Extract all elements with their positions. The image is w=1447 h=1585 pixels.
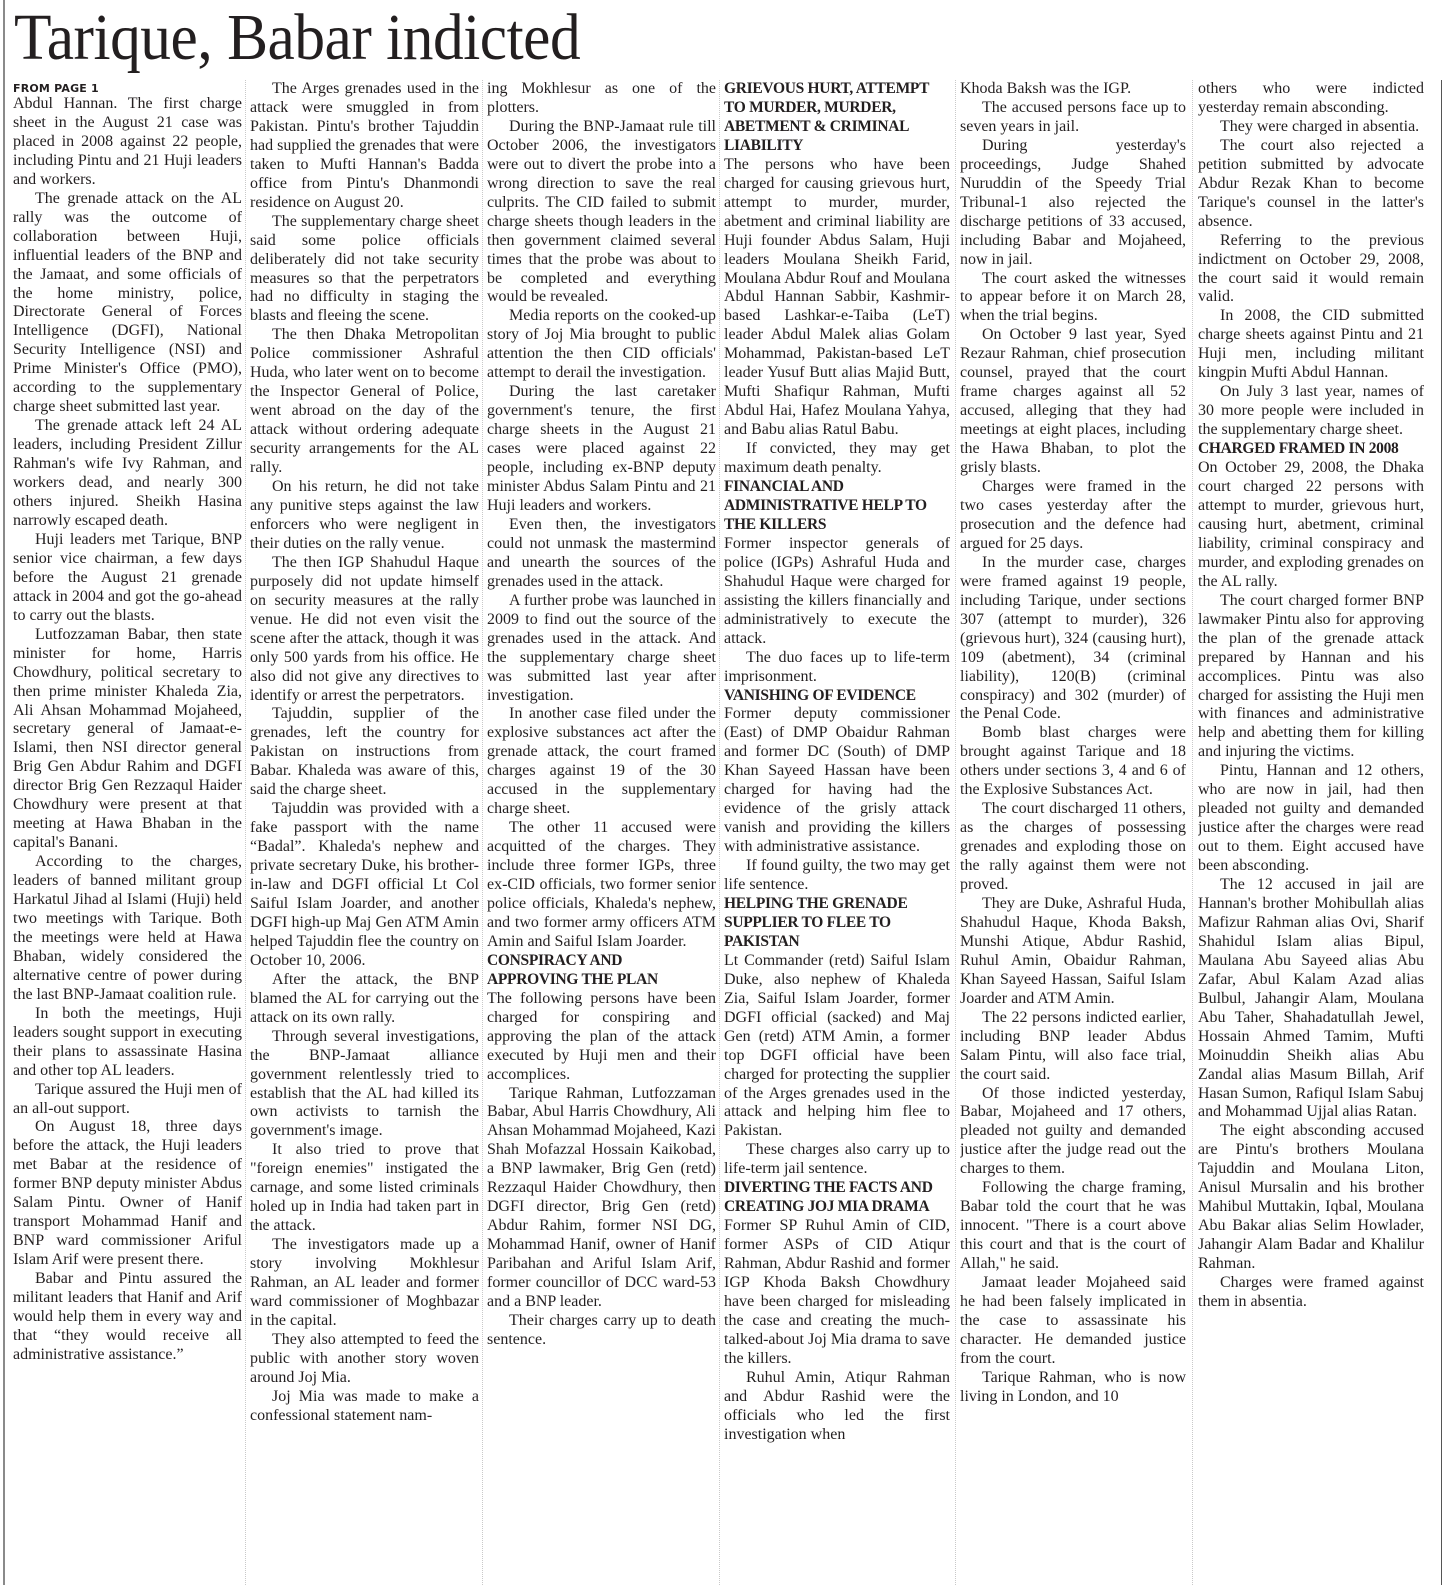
- body-paragraph: The then IGP Shahudul Haque purposely di…: [250, 554, 479, 706]
- body-paragraph: others who were indicted yesterday remai…: [1198, 80, 1424, 118]
- article-column-6: others who were indicted yesterday remai…: [1198, 80, 1424, 1585]
- body-paragraph: The court charged former BNP lawmaker Pi…: [1198, 592, 1424, 763]
- page-left-rule: [3, 0, 5, 1585]
- body-paragraph: The grenade attack left 24 AL leaders, i…: [13, 417, 242, 531]
- body-paragraph: Tajuddin was provided with a fake passpo…: [250, 800, 479, 971]
- body-paragraph: Of those indicted yesterday, Babar, Moja…: [960, 1085, 1186, 1180]
- headline: Tarique, Babar indicted: [14, 0, 580, 82]
- article-column-3: ing Mokhlesur as one of the plotters.Dur…: [487, 80, 716, 1585]
- body-paragraph: The investigators made up a story involv…: [250, 1236, 479, 1331]
- article-column-1: FROM PAGE 1 Abdul Hannan. The first char…: [13, 80, 242, 1585]
- column-divider: [955, 80, 956, 1585]
- body-paragraph: It also tried to prove that "foreign ene…: [250, 1141, 479, 1236]
- body-paragraph: Former inspector generals of police (IGP…: [724, 535, 950, 649]
- body-paragraph: In both the meetings, Huji leaders sough…: [13, 1005, 242, 1081]
- body-paragraph: According to the charges, leaders of ban…: [13, 853, 242, 1005]
- column-divider: [719, 80, 720, 1585]
- body-paragraph: Joj Mia was made to make a confessional …: [250, 1388, 479, 1426]
- section-subhead: CONSPIRACY AND APPROVING THE PLAN: [487, 952, 716, 990]
- body-paragraph: The other 11 accused were acquitted of t…: [487, 819, 716, 952]
- body-paragraph: The grenade attack on the AL rally was t…: [13, 190, 242, 417]
- body-paragraph: In another case filed under the explosiv…: [487, 705, 716, 819]
- body-paragraph: The duo faces up to life-term imprisonme…: [724, 649, 950, 687]
- body-paragraph: On July 3 last year, names of 30 more pe…: [1198, 383, 1424, 440]
- article-column-5: Khoda Baksh was the IGP.The accused pers…: [960, 80, 1186, 1585]
- body-paragraph: Babar and Pintu assured the militant lea…: [13, 1270, 242, 1365]
- body-paragraph: Charges were framed against them in abse…: [1198, 1274, 1424, 1312]
- section-subhead: DIVERTING THE FACTS AND CREATING JOJ MIA…: [724, 1179, 950, 1217]
- body-paragraph: These charges also carry up to life-term…: [724, 1141, 950, 1179]
- body-paragraph: The persons who have been charged for ca…: [724, 156, 950, 440]
- body-paragraph: During the last caretaker government's t…: [487, 383, 716, 516]
- body-paragraph: Through several investigations, the BNP-…: [250, 1028, 479, 1142]
- body-paragraph: Former deputy commissioner (East) of DMP…: [724, 705, 950, 857]
- body-paragraph: ing Mokhlesur as one of the plotters.: [487, 80, 716, 118]
- body-paragraph: The court discharged 11 others, as the c…: [960, 800, 1186, 895]
- section-subhead: FINANCIAL AND ADMINISTRATIVE HELP TO THE…: [724, 478, 950, 535]
- body-paragraph: After the attack, the BNP blamed the AL …: [250, 971, 479, 1028]
- body-paragraph: They were charged in absentia.: [1198, 118, 1424, 137]
- body-paragraph: Their charges carry up to death sentence…: [487, 1312, 716, 1350]
- body-paragraph: The eight absconding accused are Pintu's…: [1198, 1122, 1424, 1274]
- body-paragraph: Lt Commander (retd) Saiful Islam Duke, a…: [724, 952, 950, 1142]
- body-paragraph: Ruhul Amin, Atiqur Rahman and Abdur Rash…: [724, 1369, 950, 1445]
- body-paragraph: The then Dhaka Metropolitan Police commi…: [250, 326, 479, 478]
- article-column-4: GRIEVOUS HURT, ATTEMPT TO MURDER, MURDER…: [724, 80, 950, 1585]
- body-paragraph: The 22 persons indicted earlier, includi…: [960, 1009, 1186, 1085]
- body-paragraph: During yesterday's proceedings, Judge Sh…: [960, 137, 1186, 270]
- body-paragraph: Charges were framed in the two cases yes…: [960, 478, 1186, 554]
- body-paragraph: The court also rejected a petition submi…: [1198, 137, 1424, 232]
- body-paragraph: Tajuddin, supplier of the grenades, left…: [250, 705, 479, 800]
- body-paragraph: A further probe was launched in 2009 to …: [487, 592, 716, 706]
- body-paragraph: On October 29, 2008, the Dhaka court cha…: [1198, 459, 1424, 592]
- body-paragraph: The Arges grenades used in the attack we…: [250, 80, 479, 213]
- body-paragraph: The 12 accused in jail are Hannan's brot…: [1198, 876, 1424, 1122]
- article-column-2: The Arges grenades used in the attack we…: [250, 80, 479, 1585]
- body-paragraph: Tarique Rahman, who is now living in Lon…: [960, 1369, 1186, 1407]
- body-paragraph: Abdul Hannan. The first charge sheet in …: [13, 95, 242, 190]
- section-subhead: VANISHING OF EVIDENCE: [724, 687, 950, 706]
- column-divider: [482, 80, 483, 1585]
- body-paragraph: If convicted, they may get maximum death…: [724, 440, 950, 478]
- section-subhead: GRIEVOUS HURT, ATTEMPT TO MURDER, MURDER…: [724, 80, 950, 156]
- body-paragraph: On August 18, three days before the atta…: [13, 1118, 242, 1270]
- body-paragraph: Referring to the previous indictment on …: [1198, 232, 1424, 308]
- column-divider: [245, 80, 246, 1585]
- body-paragraph: The following persons have been charged …: [487, 990, 716, 1085]
- body-paragraph: Lutfozzaman Babar, then state minister f…: [13, 626, 242, 853]
- body-paragraph: Jamaat leader Mojaheed said he had been …: [960, 1274, 1186, 1369]
- body-paragraph: During the BNP-Jamaat rule till October …: [487, 118, 716, 308]
- body-paragraph: They are Duke, Ashraful Huda, Shahudul H…: [960, 895, 1186, 1009]
- body-paragraph: Tarique Rahman, Lutfozzaman Babar, Abul …: [487, 1085, 716, 1312]
- body-paragraph: Even then, the investigators could not u…: [487, 516, 716, 592]
- body-paragraph: Khoda Baksh was the IGP.: [960, 80, 1186, 99]
- body-paragraph: If found guilty, the two may get life se…: [724, 857, 950, 895]
- body-paragraph: Tarique assured the Huji men of an all-o…: [13, 1081, 242, 1119]
- body-paragraph: Pintu, Hannan and 12 others, who are now…: [1198, 762, 1424, 876]
- body-paragraph: The accused persons face up to seven yea…: [960, 99, 1186, 137]
- page-right-rule: [1441, 80, 1442, 1585]
- body-paragraph: Former SP Ruhul Amin of CID, former ASPs…: [724, 1217, 950, 1369]
- section-subhead: HELPING THE GRENADE SUPPLIER TO FLEE TO …: [724, 895, 950, 952]
- body-paragraph: The court asked the witnesses to appear …: [960, 270, 1186, 327]
- body-paragraph: Media reports on the cooked-up story of …: [487, 307, 716, 383]
- body-paragraph: On October 9 last year, Syed Rezaur Rahm…: [960, 326, 1186, 478]
- column-divider: [1192, 80, 1193, 1585]
- body-paragraph: Following the charge framing, Babar told…: [960, 1179, 1186, 1274]
- body-paragraph: They also attempted to feed the public w…: [250, 1331, 479, 1388]
- body-paragraph: In the murder case, charges were framed …: [960, 554, 1186, 725]
- body-paragraph: On his return, he did not take any punit…: [250, 478, 479, 554]
- body-paragraph: In 2008, the CID submitted charge sheets…: [1198, 307, 1424, 383]
- jump-kicker: FROM PAGE 1: [13, 82, 242, 95]
- section-subhead: CHARGED FRAMED IN 2008: [1198, 440, 1424, 459]
- body-paragraph: Huji leaders met Tarique, BNP senior vic…: [13, 531, 242, 626]
- body-paragraph: Bomb blast charges were brought against …: [960, 724, 1186, 800]
- body-paragraph: The supplementary charge sheet said some…: [250, 213, 479, 327]
